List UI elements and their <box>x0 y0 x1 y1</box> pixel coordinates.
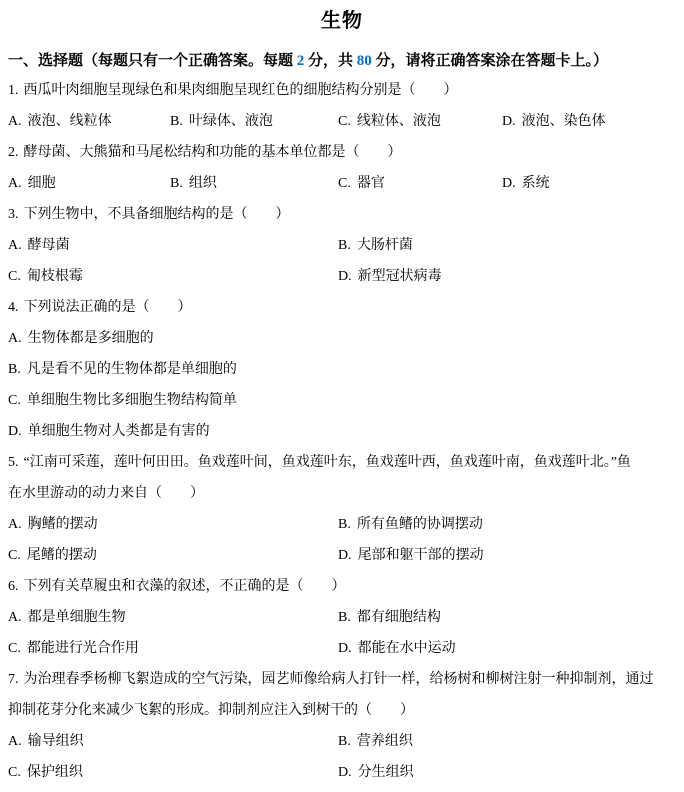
page-title: 生物 <box>8 6 676 36</box>
options-row: C.尾鳍的摆动 D.尾部和躯干部的摆动 <box>8 540 676 571</box>
question-stem: 5.“江南可采莲，莲叶何田田。鱼戏莲叶间，鱼戏莲叶东，鱼戏莲叶西，鱼戏莲叶南，鱼… <box>8 447 676 478</box>
option-b: B.都有细胞结构 <box>338 602 441 633</box>
options-row: A.细胞 B.组织 C.器官 D.系统 <box>8 168 676 199</box>
question-number: 5. <box>8 455 19 470</box>
option-c: C.尾鳍的摆动 <box>8 540 97 571</box>
options-row: C.都能进行光合作用 D.都能在水中运动 <box>8 633 676 664</box>
section-header-text: 分，共 <box>304 53 357 69</box>
question-2: 2.酵母菌、大熊猫和马尾松结构和功能的基本单位都是（ ） A.细胞 B.组织 C… <box>8 137 676 199</box>
question-stem: 2.酵母菌、大熊猫和马尾松结构和功能的基本单位都是（ ） <box>8 137 676 168</box>
question-number: 2. <box>8 145 19 160</box>
option-label: D. <box>338 548 352 563</box>
option-text: 线粒体、液泡 <box>357 114 441 129</box>
option-label: B. <box>8 362 21 377</box>
question-number: 1. <box>8 83 19 98</box>
question-text: 酵母菌、大熊猫和马尾松结构和功能的基本单位都是（ ） <box>24 145 402 160</box>
option-text: 尾鳍的摆动 <box>27 548 97 563</box>
options-row: A.都是单细胞生物 B.都有细胞结构 <box>8 602 676 633</box>
option-text: 酵母菌 <box>28 238 70 253</box>
section-header: 一、选择题（每题只有一个正确答案。每题 2 分，共 80 分，请将正确答案涂在答… <box>8 48 676 75</box>
option-label: D. <box>338 641 352 656</box>
option-label: D. <box>502 114 516 129</box>
option-label: B. <box>338 238 351 253</box>
option-b: B.大肠杆菌 <box>338 230 413 261</box>
option-text: 叶绿体、液泡 <box>189 114 273 129</box>
option-label: B. <box>338 610 351 625</box>
option-label: C. <box>338 176 351 191</box>
option-d: D.系统 <box>502 168 550 199</box>
question-text: 为治理春季杨柳飞絮造成的空气污染，园艺师像给病人打针一样，给杨树和柳树注射一种抑… <box>24 672 654 687</box>
question-stem: 1.西瓜叶肉细胞呈现绿色和果肉细胞呈现红色的细胞结构分别是（ ） <box>8 75 676 106</box>
option-label: B. <box>338 734 351 749</box>
option-d: D.尾部和躯干部的摆动 <box>338 540 484 571</box>
option-text: 保护组织 <box>27 765 83 780</box>
option-b: B.组织 <box>170 168 217 199</box>
option-label: C. <box>8 641 21 656</box>
option-label: A. <box>8 176 22 191</box>
option-b: B.叶绿体、液泡 <box>170 106 273 137</box>
option-text: 单细胞生物比多细胞生物结构简单 <box>27 393 237 408</box>
option-a: A.输导组织 <box>8 726 84 757</box>
option-a: A.生物体都是多细胞的 <box>8 323 676 354</box>
option-d: D.液泡、染色体 <box>502 106 606 137</box>
question-number: 6. <box>8 579 19 594</box>
option-label: D. <box>502 176 516 191</box>
option-text: 都有细胞结构 <box>357 610 441 625</box>
total-points: 80 <box>357 53 372 69</box>
option-label: B. <box>338 517 351 532</box>
question-7: 7.为治理春季杨柳飞絮造成的空气污染，园艺师像给病人打针一样，给杨树和柳树注射一… <box>8 664 676 788</box>
option-text: 输导组织 <box>28 734 84 749</box>
question-stem: 6.下列有关草履虫和衣藻的叙述，不正确的是（ ） <box>8 571 676 602</box>
exam-paper: 生物 一、选择题（每题只有一个正确答案。每题 2 分，共 80 分，请将正确答案… <box>0 0 684 792</box>
section-header-text: 一、选择题（每题只有一个正确答案。每题 <box>8 53 297 69</box>
options-row: C.匍枝根霉 D.新型冠状病毒 <box>8 261 676 292</box>
options-row: A.酵母菌 B.大肠杆菌 <box>8 230 676 261</box>
option-text: 匍枝根霉 <box>27 269 83 284</box>
question-text: 下列生物中，不具备细胞结构的是（ ） <box>24 207 290 222</box>
option-text: 营养组织 <box>357 734 413 749</box>
option-label: D. <box>8 424 22 439</box>
question-stem: 3.下列生物中，不具备细胞结构的是（ ） <box>8 199 676 230</box>
option-b: B.凡是看不见的生物体都是单细胞的 <box>8 354 676 385</box>
option-text: 系统 <box>522 176 550 191</box>
option-text: 细胞 <box>28 176 56 191</box>
option-label: A. <box>8 331 22 346</box>
option-text: 凡是看不见的生物体都是单细胞的 <box>27 362 237 377</box>
option-label: A. <box>8 734 22 749</box>
section-header-text: 分，请将正确答案涂在答题卡上。） <box>372 53 608 69</box>
option-label: B. <box>170 114 183 129</box>
question-text: 抑制花芽分化来减少飞絮的形成。抑制剂应注入到树干的（ ） <box>8 703 414 718</box>
option-text: 都是单细胞生物 <box>28 610 126 625</box>
question-1: 1.西瓜叶肉细胞呈现绿色和果肉细胞呈现红色的细胞结构分别是（ ） A.液泡、线粒… <box>8 75 676 137</box>
option-c: C.单细胞生物比多细胞生物结构简单 <box>8 385 676 416</box>
option-c: C.器官 <box>338 168 385 199</box>
option-c: C.保护组织 <box>8 757 83 788</box>
question-number: 4. <box>8 300 19 315</box>
option-c: C.都能进行光合作用 <box>8 633 139 664</box>
options-row: C.保护组织 D.分生组织 <box>8 757 676 788</box>
option-a: A.都是单细胞生物 <box>8 602 126 633</box>
question-text: 下列有关草履虫和衣藻的叙述，不正确的是（ ） <box>24 579 346 594</box>
option-text: 新型冠状病毒 <box>358 269 442 284</box>
option-d: D.单细胞生物对人类都是有害的 <box>8 416 676 447</box>
option-c: C.线粒体、液泡 <box>338 106 441 137</box>
option-text: 尾部和躯干部的摆动 <box>358 548 484 563</box>
options-row: A.胸鳍的摆动 B.所有鱼鳍的协调摆动 <box>8 509 676 540</box>
question-stem: 7.为治理春季杨柳飞絮造成的空气污染，园艺师像给病人打针一样，给杨树和柳树注射一… <box>8 664 676 695</box>
option-label: D. <box>338 765 352 780</box>
option-c: C.匍枝根霉 <box>8 261 83 292</box>
option-label: A. <box>8 114 22 129</box>
option-d: D.新型冠状病毒 <box>338 261 442 292</box>
options-row: A.液泡、线粒体 B.叶绿体、液泡 C.线粒体、液泡 D.液泡、染色体 <box>8 106 676 137</box>
question-4: 4.下列说法正确的是（ ） A.生物体都是多细胞的 B.凡是看不见的生物体都是单… <box>8 292 676 447</box>
question-text: 下列说法正确的是（ ） <box>24 300 192 315</box>
option-text: 组织 <box>189 176 217 191</box>
option-b: B.营养组织 <box>338 726 413 757</box>
options-row: A.输导组织 B.营养组织 <box>8 726 676 757</box>
option-label: C. <box>8 269 21 284</box>
option-label: A. <box>8 517 22 532</box>
option-label: A. <box>8 610 22 625</box>
option-d: D.都能在水中运动 <box>338 633 456 664</box>
option-label: C. <box>8 393 21 408</box>
option-label: C. <box>8 548 21 563</box>
question-stem-continuation: 抑制花芽分化来减少飞絮的形成。抑制剂应注入到树干的（ ） <box>8 695 676 726</box>
option-text: 大肠杆菌 <box>357 238 413 253</box>
question-5: 5.“江南可采莲，莲叶何田田。鱼戏莲叶间，鱼戏莲叶东，鱼戏莲叶西，鱼戏莲叶南，鱼… <box>8 447 676 571</box>
option-text: 所有鱼鳍的协调摆动 <box>357 517 483 532</box>
option-text: 生物体都是多细胞的 <box>28 331 154 346</box>
question-3: 3.下列生物中，不具备细胞结构的是（ ） A.酵母菌 B.大肠杆菌 C.匍枝根霉… <box>8 199 676 292</box>
question-number: 7. <box>8 672 19 687</box>
question-text: “江南可采莲，莲叶何田田。鱼戏莲叶间，鱼戏莲叶东，鱼戏莲叶西，鱼戏莲叶南，鱼戏莲… <box>24 455 631 470</box>
option-a: A.酵母菌 <box>8 230 70 261</box>
option-text: 液泡、线粒体 <box>28 114 112 129</box>
option-text: 液泡、染色体 <box>522 114 606 129</box>
question-text: 在水里游动的动力来自（ ） <box>8 486 204 501</box>
question-stem: 4.下列说法正确的是（ ） <box>8 292 676 323</box>
question-number: 3. <box>8 207 19 222</box>
option-d: D.分生组织 <box>338 757 414 788</box>
option-text: 分生组织 <box>358 765 414 780</box>
option-b: B.所有鱼鳍的协调摆动 <box>338 509 483 540</box>
option-text: 器官 <box>357 176 385 191</box>
question-6: 6.下列有关草履虫和衣藻的叙述，不正确的是（ ） A.都是单细胞生物 B.都有细… <box>8 571 676 664</box>
option-label: A. <box>8 238 22 253</box>
option-text: 都能进行光合作用 <box>27 641 139 656</box>
option-a: A.胸鳍的摆动 <box>8 509 98 540</box>
option-label: C. <box>8 765 21 780</box>
option-label: B. <box>170 176 183 191</box>
option-a: A.细胞 <box>8 168 56 199</box>
question-stem-continuation: 在水里游动的动力来自（ ） <box>8 478 676 509</box>
option-a: A.液泡、线粒体 <box>8 106 112 137</box>
option-text: 都能在水中运动 <box>358 641 456 656</box>
option-text: 单细胞生物对人类都是有害的 <box>28 424 210 439</box>
option-label: C. <box>338 114 351 129</box>
option-text: 胸鳍的摆动 <box>28 517 98 532</box>
option-label: D. <box>338 269 352 284</box>
question-text: 西瓜叶肉细胞呈现绿色和果肉细胞呈现红色的细胞结构分别是（ ） <box>24 83 458 98</box>
